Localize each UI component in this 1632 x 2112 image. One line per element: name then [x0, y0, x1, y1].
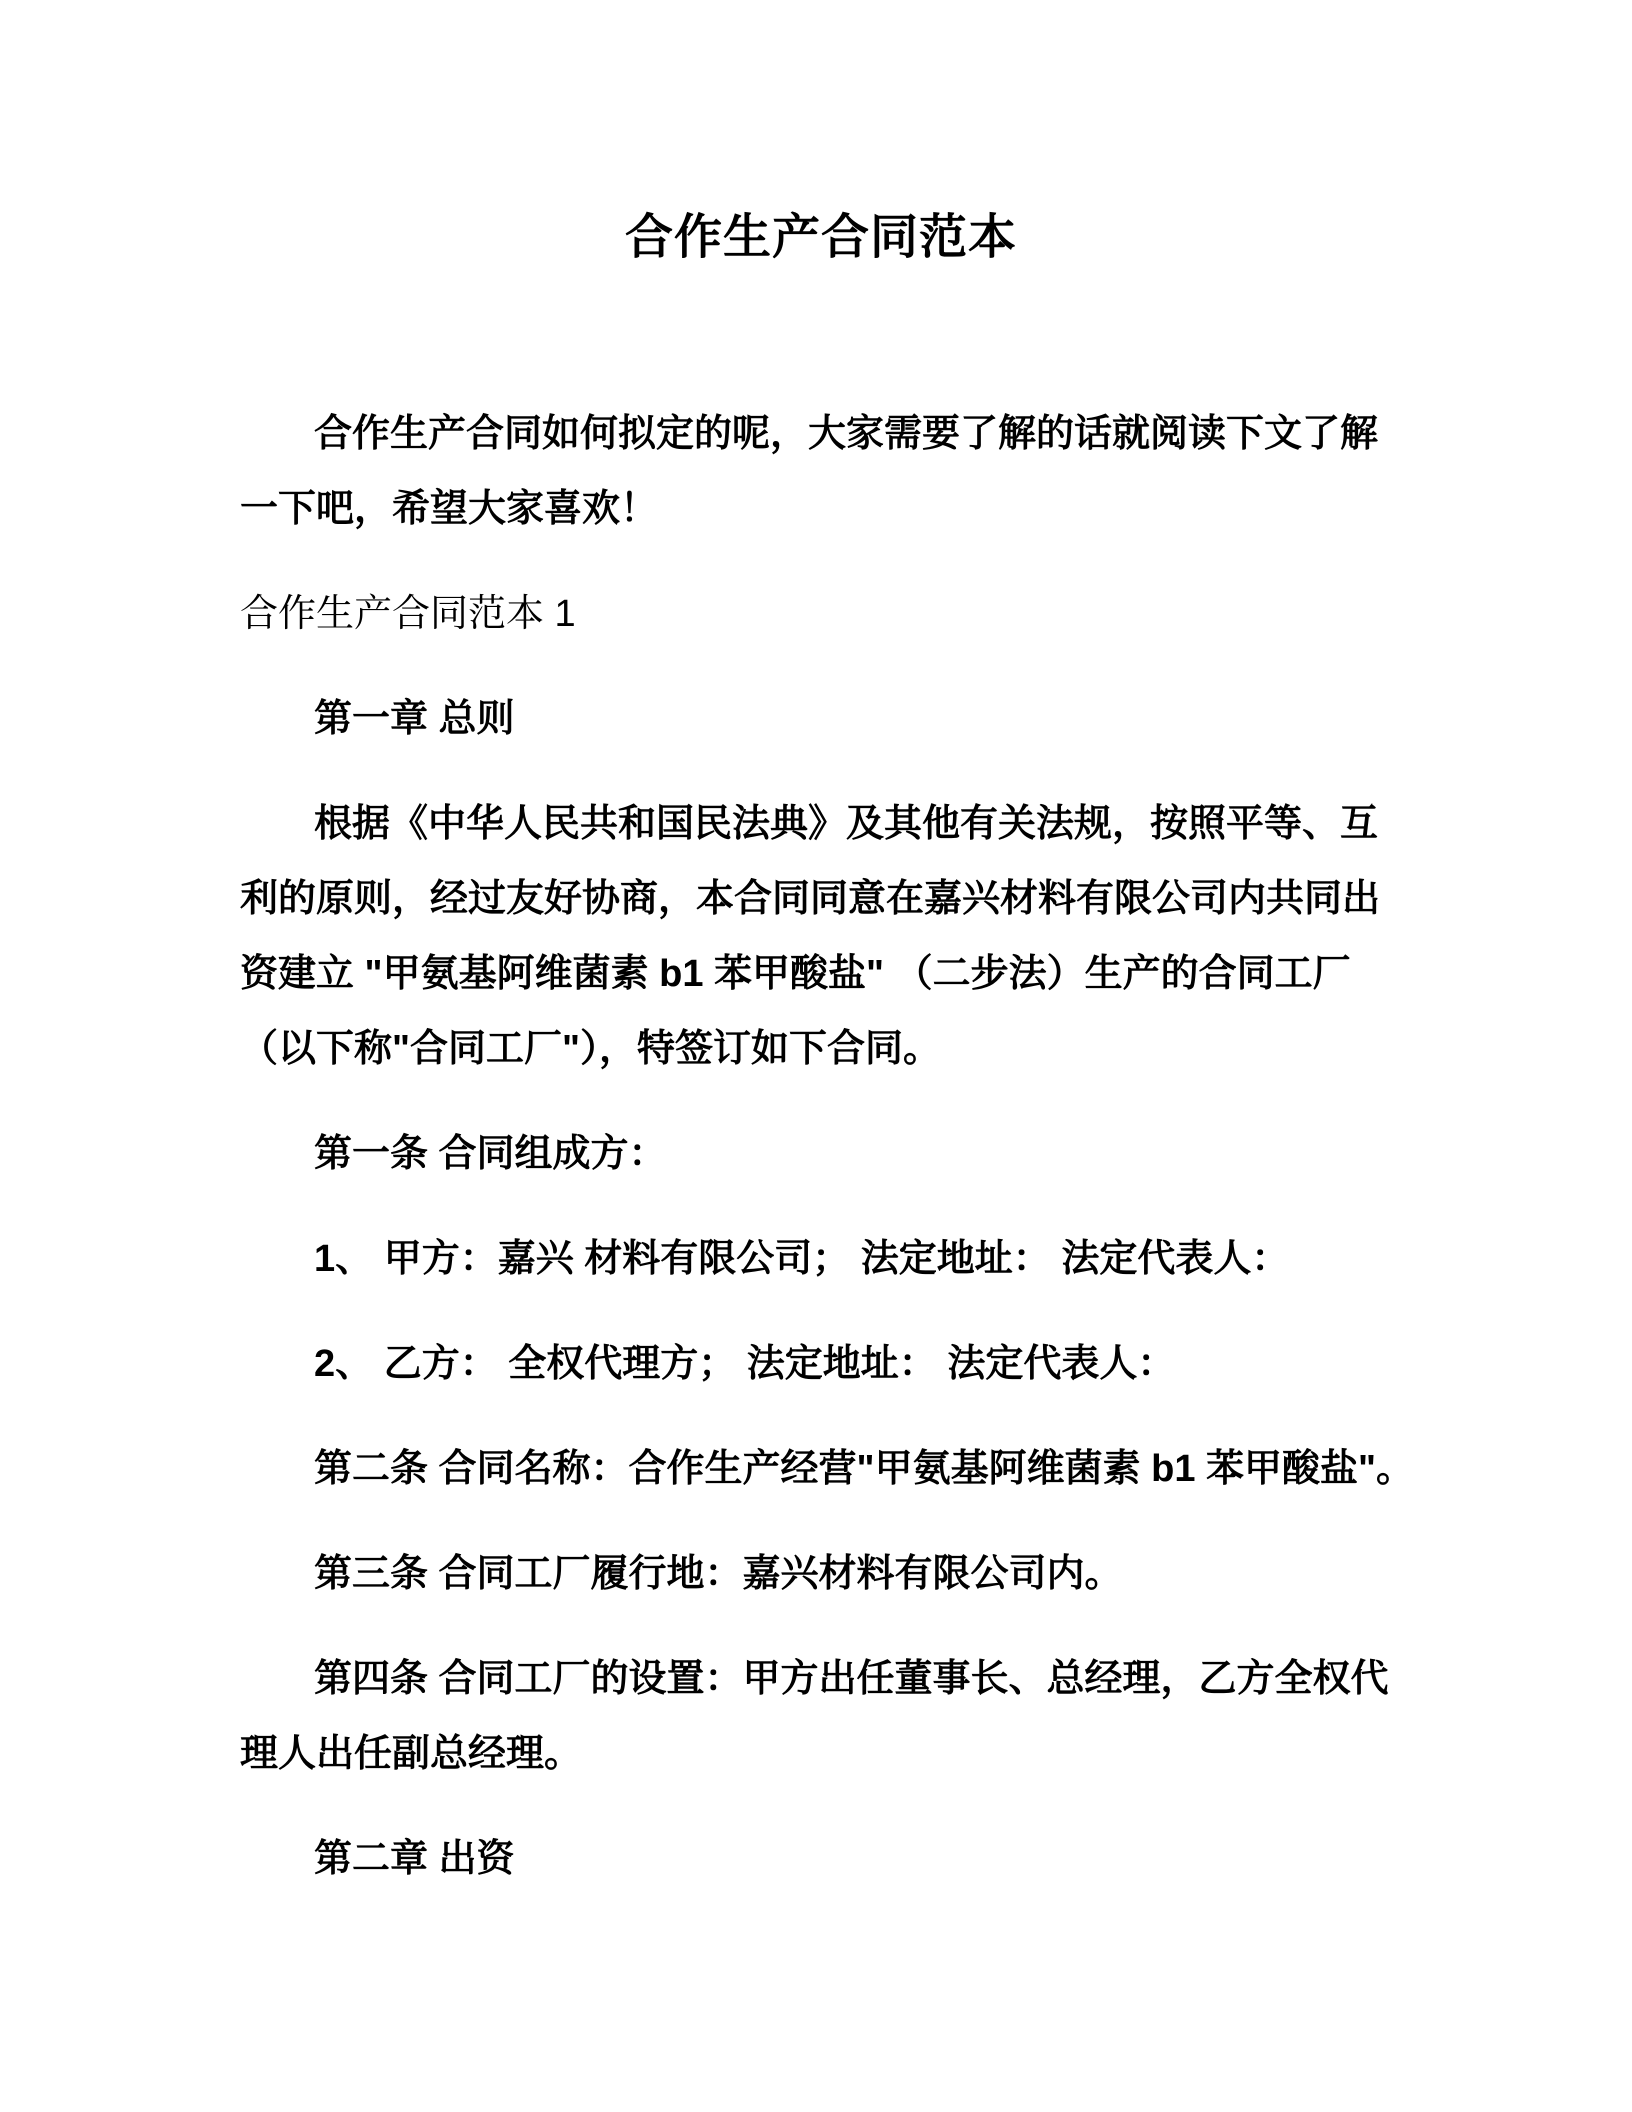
text-line: 合作生产合同范本 1	[240, 577, 1402, 652]
text-line: 第二章 出资	[240, 1822, 1402, 1897]
text-line: 第四条 合同工厂的设置：甲方出任董事长、总经理，乙方全权代	[240, 1642, 1402, 1717]
paragraph-party-b: 2、 乙方： 全权代理方； 法定地址： 法定代表人：	[240, 1327, 1402, 1402]
text-line: 第二条 合同名称：合作生产经营"甲氨基阿维菌素 b1 苯甲酸盐"。	[240, 1432, 1402, 1507]
paragraph-clause-2: 第二条 合同名称：合作生产经营"甲氨基阿维菌素 b1 苯甲酸盐"。	[240, 1432, 1402, 1507]
text-line: 2、 乙方： 全权代理方； 法定地址： 法定代表人：	[240, 1327, 1402, 1402]
text-line: 理人出任副总经理。	[240, 1717, 1402, 1792]
text-line: 利的原则，经过友好协商，本合同同意在嘉兴材料有限公司内共同出	[240, 862, 1402, 937]
text-line: 1、 甲方：嘉兴 材料有限公司； 法定地址： 法定代表人：	[240, 1222, 1402, 1297]
text-line: 一下吧，希望大家喜欢！	[240, 472, 1402, 547]
paragraph-intro: 合作生产合同如何拟定的呢，大家需要了解的话就阅读下文了解 一下吧，希望大家喜欢！	[240, 397, 1402, 547]
document-page: 合作生产合同范本 合作生产合同如何拟定的呢，大家需要了解的话就阅读下文了解 一下…	[0, 0, 1632, 2112]
text-line: 第三条 合同工厂履行地：嘉兴材料有限公司内。	[240, 1537, 1402, 1612]
text-line: 第一章 总则	[240, 682, 1402, 757]
paragraph-chapter-2-heading: 第二章 出资	[240, 1822, 1402, 1897]
text-line: 根据《中华人民共和国民法典》及其他有关法规，按照平等、互	[240, 787, 1402, 862]
paragraph-clause-1: 第一条 合同组成方：	[240, 1117, 1402, 1192]
doc-title: 合作生产合同范本	[240, 200, 1402, 275]
paragraph-chapter-1-heading: 第一章 总则	[240, 682, 1402, 757]
paragraph-clause-3: 第三条 合同工厂履行地：嘉兴材料有限公司内。	[240, 1537, 1402, 1612]
paragraph-template-label: 合作生产合同范本 1	[240, 577, 1402, 652]
text-line: 资建立 "甲氨基阿维菌素 b1 苯甲酸盐" （二步法）生产的合同工厂	[240, 937, 1402, 1012]
text-line: 合作生产合同如何拟定的呢，大家需要了解的话就阅读下文了解	[240, 397, 1402, 472]
paragraph-clause-4: 第四条 合同工厂的设置：甲方出任董事长、总经理，乙方全权代 理人出任副总经理。	[240, 1642, 1402, 1792]
paragraph-party-a: 1、 甲方：嘉兴 材料有限公司； 法定地址： 法定代表人：	[240, 1222, 1402, 1297]
paragraph-preamble: 根据《中华人民共和国民法典》及其他有关法规，按照平等、互 利的原则，经过友好协商…	[240, 787, 1402, 1087]
text-line: 第一条 合同组成方：	[240, 1117, 1402, 1192]
document-content: 合作生产合同范本 合作生产合同如何拟定的呢，大家需要了解的话就阅读下文了解 一下…	[0, 0, 1632, 1897]
text-line: （以下称"合同工厂"），特签订如下合同。	[240, 1012, 1402, 1087]
